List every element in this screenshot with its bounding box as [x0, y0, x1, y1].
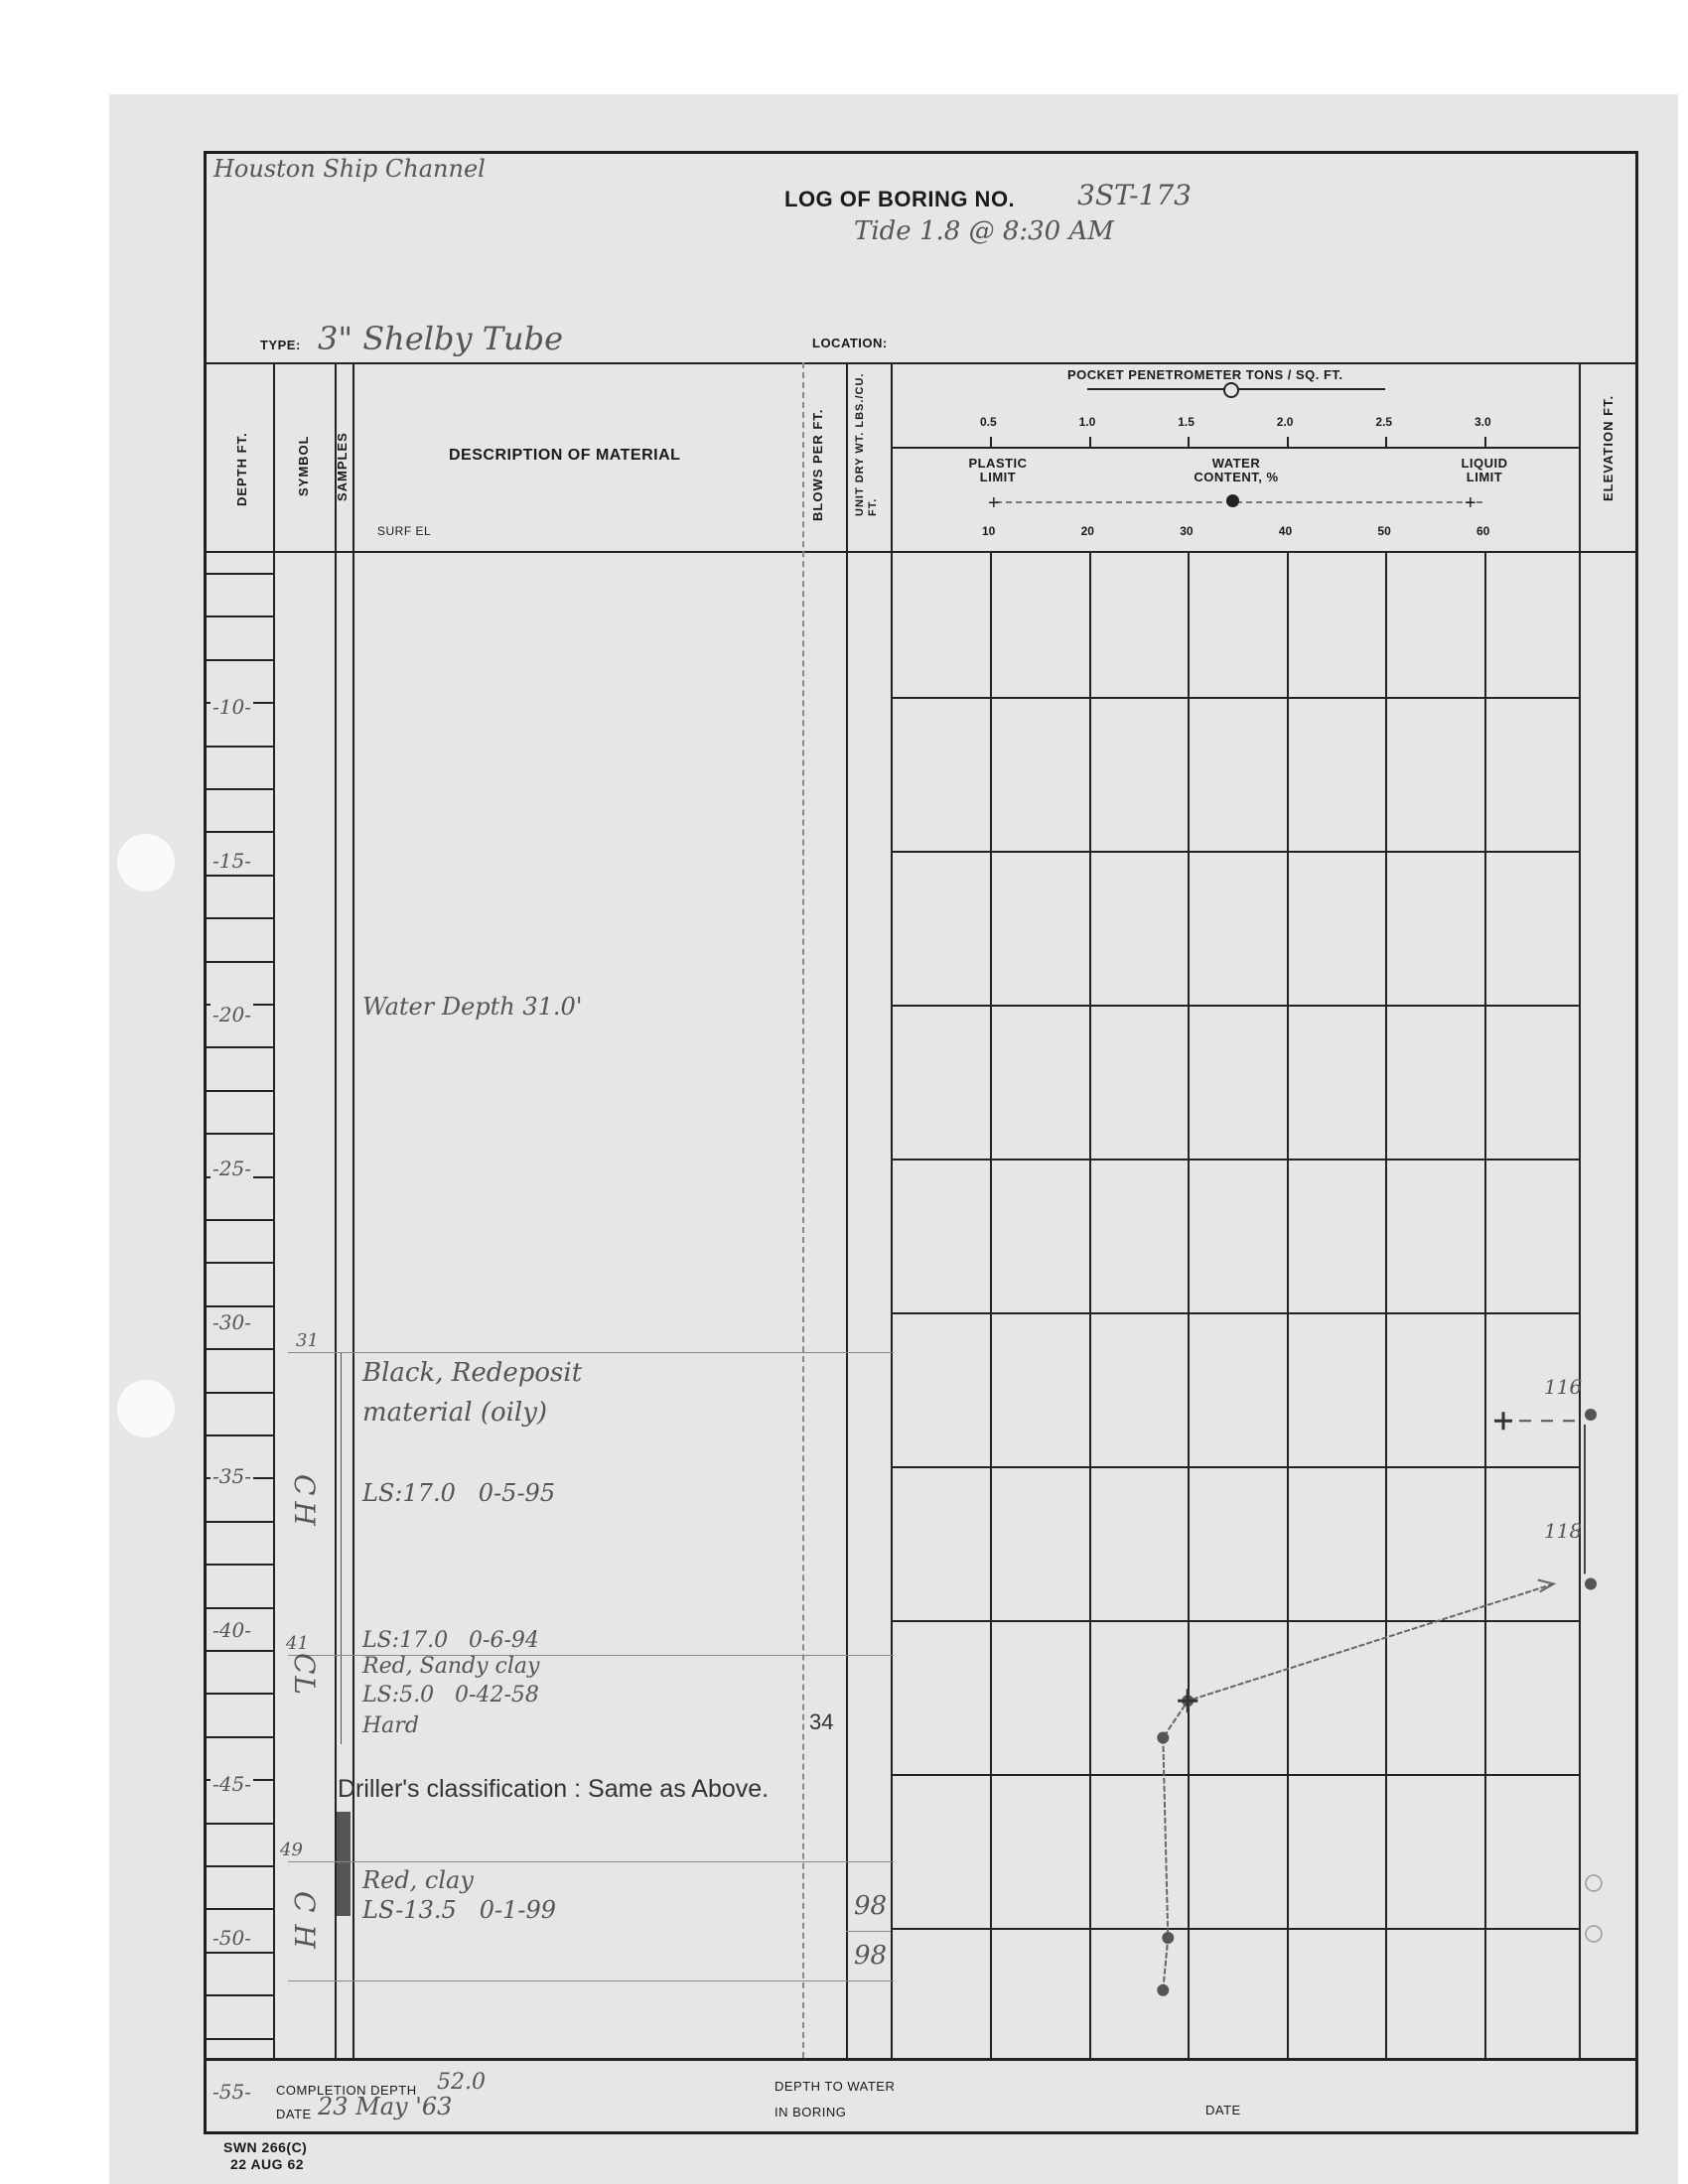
completion-depth-value: 52.0 [437, 2070, 486, 2095]
form-date: 22 AUG 62 [230, 2156, 304, 2172]
water-date-label: DATE [1205, 2103, 1241, 2117]
annotation-118: 118 [1544, 1519, 1582, 1543]
footer-divider [204, 2058, 1638, 2061]
date-label: DATE [276, 2107, 312, 2121]
depth-to-water-label: DEPTH TO WATER [774, 2079, 895, 2094]
water-content-plot [0, 0, 1688, 2184]
form-number: SWN 266(C) [223, 2139, 307, 2155]
date-value: 23 May '63 [318, 2093, 452, 2120]
annotation-116: 116 [1544, 1375, 1582, 1399]
in-boring-label: IN BORING [774, 2105, 846, 2119]
